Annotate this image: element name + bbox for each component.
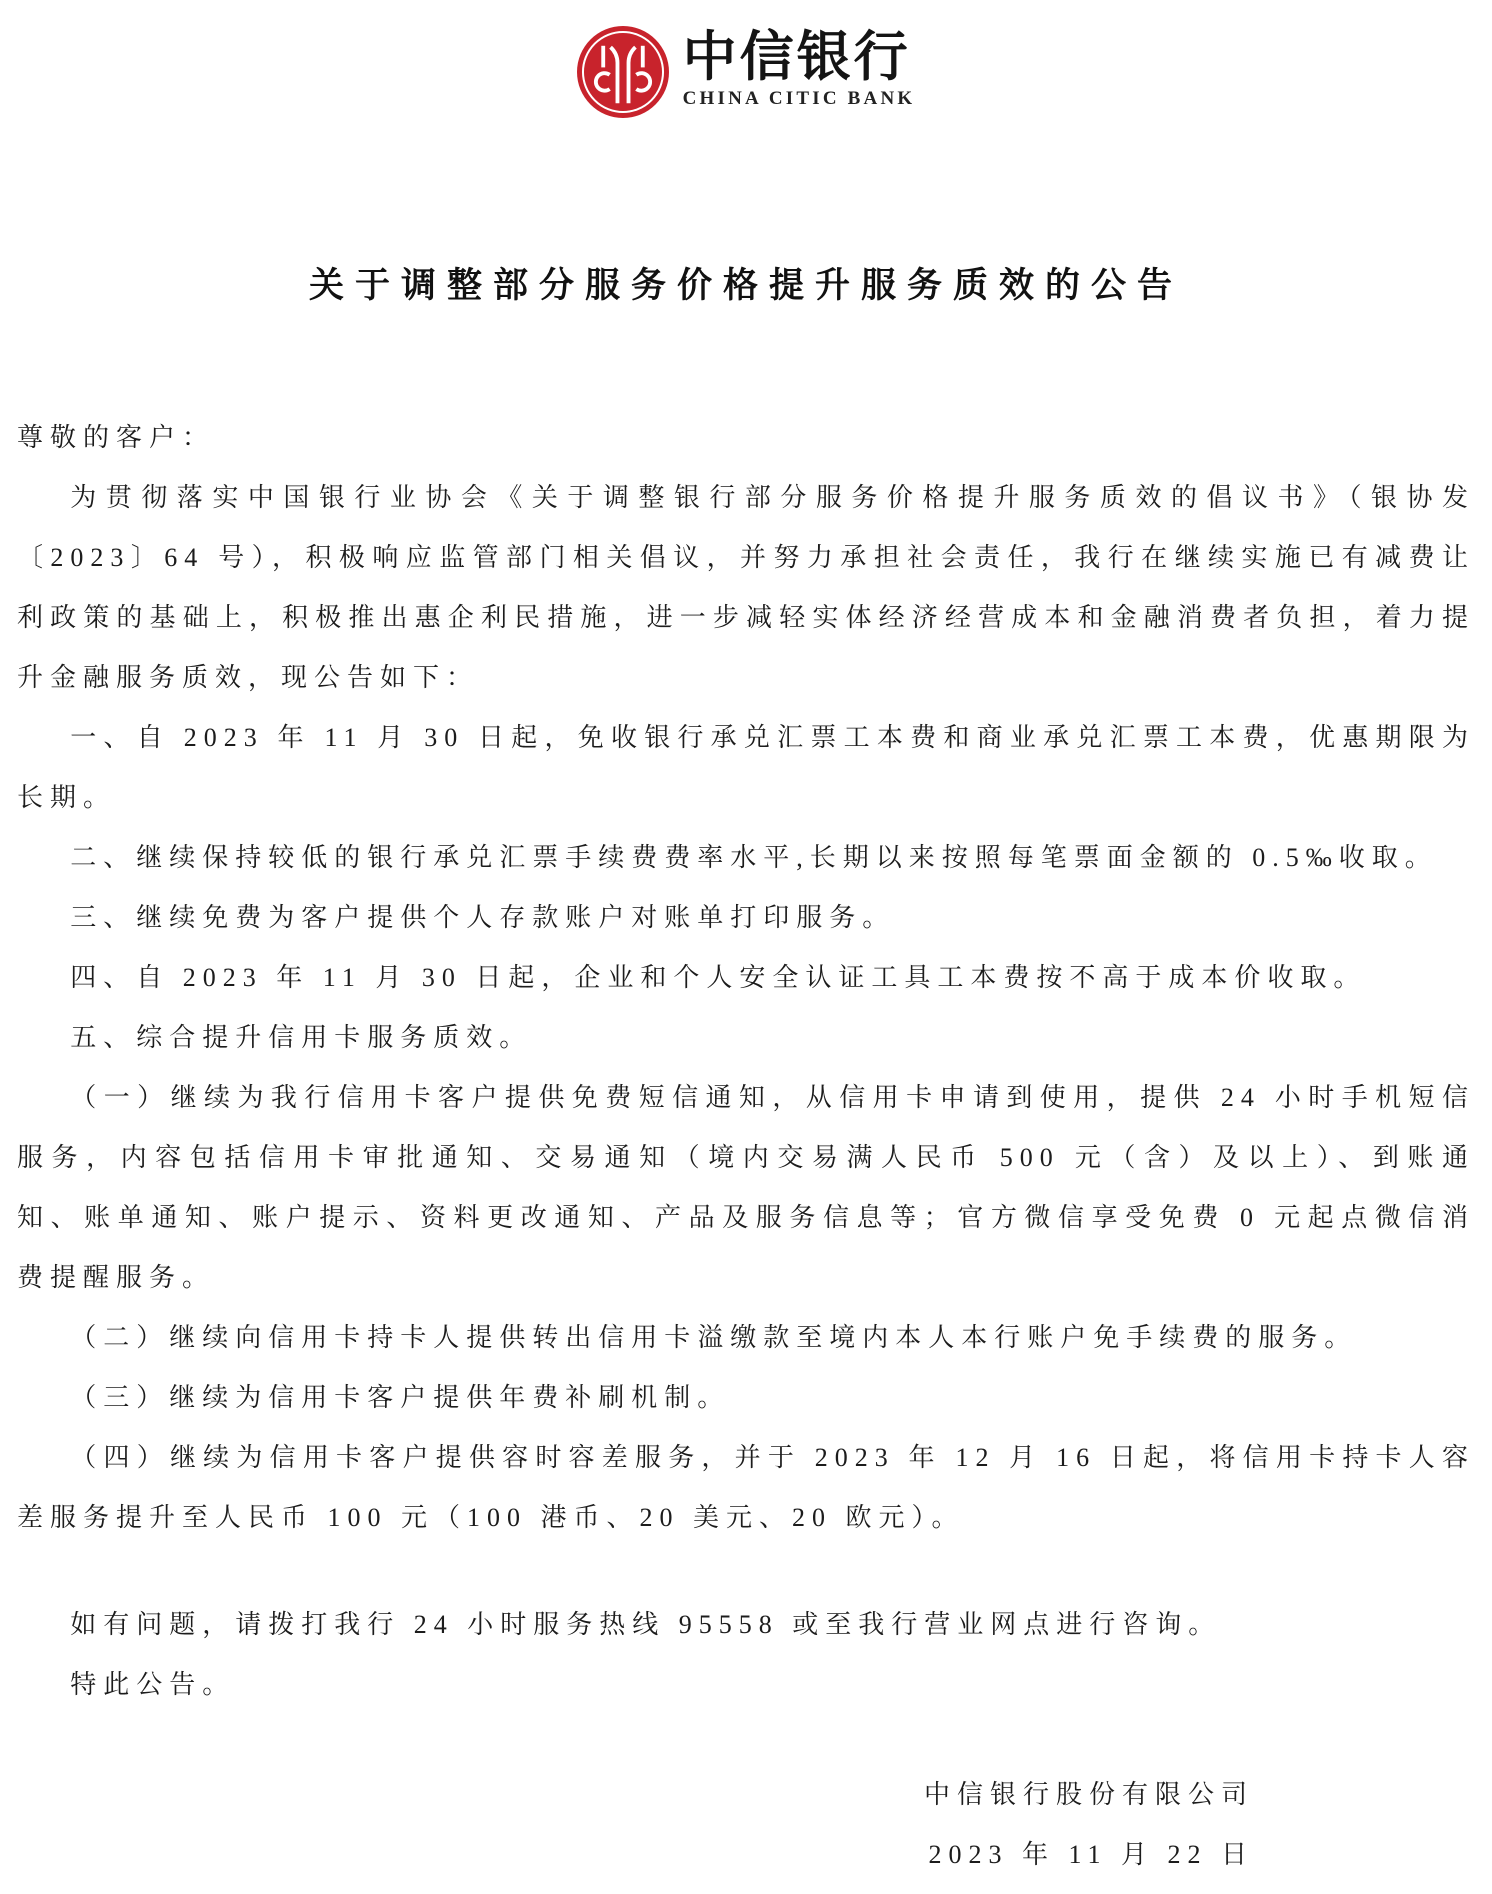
page-title: 关于调整部分服务价格提升服务质效的公告 [0, 258, 1492, 308]
bank-name-en: CHINA CITIC BANK [683, 88, 916, 110]
item-2: 二、继续保持较低的银行承兑汇票手续费费率水平,长期以来按照每笔票面金额的 0.5… [17, 828, 1475, 888]
salutation: 尊敬的客户： [17, 408, 1475, 468]
signature-date: 2023 年 11 月 22 日 [17, 1825, 1254, 1885]
bank-name-cn: 中信银行 [683, 26, 911, 88]
item-5: 五、综合提升信用卡服务质效。 [17, 1008, 1475, 1068]
subitem-5-1: （一）继续为我行信用卡客户提供免费短信通知，从信用卡申请到使用，提供 24 小时… [17, 1068, 1475, 1308]
closing-block: 如有问题，请拨打我行 24 小时服务热线 95558 或至我行营业网点进行咨询。… [17, 1595, 1475, 1715]
item-4: 四、自 2023 年 11 月 30 日起，企业和个人安全认证工具工本费按不高于… [17, 948, 1475, 1008]
item-3: 三、继续免费为客户提供个人存款账户对账单打印服务。 [17, 888, 1475, 948]
citic-logo-icon [577, 26, 669, 118]
item-1: 一、自 2023 年 11 月 30 日起，免收银行承兑汇票工本费和商业承兑汇票… [17, 708, 1475, 828]
intro-paragraph: 为贯彻落实中国银行业协会《关于调整银行部分服务价格提升服务质效的倡议书》（银协发… [17, 468, 1475, 708]
subitem-5-3: （三）继续为信用卡客户提供年费补刷机制。 [17, 1368, 1475, 1428]
document-body: 尊敬的客户： 为贯彻落实中国银行业协会《关于调整银行部分服务价格提升服务质效的倡… [17, 408, 1475, 1548]
subitem-5-4: （四）继续为信用卡客户提供容时容差服务，并于 2023 年 12 月 16 日起… [17, 1428, 1475, 1548]
hereby-announced: 特此公告。 [17, 1655, 1475, 1715]
subitem-5-2: （二）继续向信用卡持卡人提供转出信用卡溢缴款至境内本人本行账户免手续费的服务。 [17, 1308, 1475, 1368]
signature-company: 中信银行股份有限公司 [17, 1765, 1254, 1825]
bank-name-block: 中信银行 CHINA CITIC BANK [683, 26, 916, 110]
announcement-page: 中信银行 CHINA CITIC BANK 关于调整部分服务价格提升服务质效的公… [0, 0, 1492, 1894]
bank-logo-header: 中信银行 CHINA CITIC BANK [0, 26, 1492, 118]
hotline-note: 如有问题，请拨打我行 24 小时服务热线 95558 或至我行营业网点进行咨询。 [17, 1595, 1475, 1655]
signature-block: 中信银行股份有限公司 2023 年 11 月 22 日 [17, 1765, 1475, 1885]
